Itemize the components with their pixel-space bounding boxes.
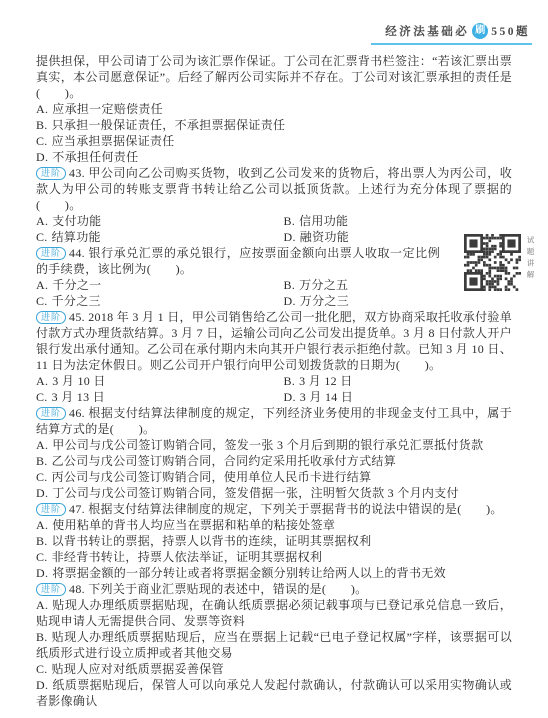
question-stem-text: 根据支付结算法律制度的规定，下列关于票据背书的说法中错误的是( )。: [88, 502, 503, 516]
option-list: A.千分之一B.万分之五C.千分之三D.万分之三: [36, 277, 512, 309]
option-d: D.纸质票据贴现后，保管人可以向承兑人发起付款确认，付款确认可以采用实物确认或者…: [36, 677, 512, 709]
option-text: 丙公司与戊公司签订购销合同，使用单位人民币卡进行结算: [52, 470, 372, 484]
option-label: B.: [36, 534, 48, 548]
option-text: 应承担一定赔偿责任: [52, 102, 163, 116]
option-label: A.: [36, 598, 48, 612]
option-d: D.不承担任何责任: [36, 149, 512, 165]
question-block: 进阶46. 根据支付结算法律制度的规定，下列经济业务使用的非现金支付工具中，属于…: [36, 405, 512, 501]
option-c: C.结算功能: [36, 229, 284, 245]
option-label: D.: [284, 294, 296, 308]
option-c: C.3 月 13 日: [36, 389, 284, 405]
option-text: 万分之三: [300, 294, 349, 308]
option-text: 不承担任何责任: [52, 150, 138, 164]
qr-caption: 试题讲解: [525, 234, 536, 282]
question-number: 47.: [69, 502, 85, 516]
question-block: 进阶45. 2018 年 3 月 1 日，甲公司销售给乙公司一批化肥，双方协商采…: [36, 309, 512, 405]
option-text: 3 月 14 日: [300, 390, 353, 404]
option-label: C.: [36, 550, 48, 564]
option-text: 丁公司与戊公司签订购销合同，签发借据一张，注明暂欠货款 3 个月内支付: [52, 486, 459, 500]
option-d: D.3 月 14 日: [284, 389, 512, 405]
question-block: 进阶43. 甲公司向乙公司购买货物，收到乙公司发来的货物后，将出票人为丙公司，收…: [36, 165, 512, 245]
option-list: A.使用粘单的背书人均应当在票据和粘单的粘接处签章B.以背书转让的票据，持票人以…: [36, 517, 512, 581]
question-stem-text: 提供担保，甲公司请丁公司为该汇票作保证。丁公司在汇票背书栏签注：“若该汇票出票真…: [36, 54, 512, 100]
option-text: 应当承担票据保证责任: [52, 134, 175, 148]
option-label: A.: [36, 518, 48, 532]
option-label: A.: [36, 374, 48, 388]
option-label: B.: [284, 214, 296, 228]
brush-logo-icon: 刷: [472, 23, 488, 39]
question-stem-text: 根据支付结算法律制度的规定，下列经济业务使用的非现金支付工具中，属于结算方式的是…: [36, 406, 512, 436]
option-label: D.: [36, 150, 48, 164]
question-block: 进阶47. 根据支付结算法律制度的规定，下列关于票据背书的说法中错误的是( )。…: [36, 501, 512, 581]
option-a: A.甲公司与戊公司签订购销合同，签发一张 3 个月后到期的银行承兑汇票抵付货款: [36, 437, 512, 453]
question-block: 提供担保，甲公司请丁公司为该汇票作保证。丁公司在汇票背书栏签注：“若该汇票出票真…: [36, 53, 512, 165]
question-stem-text: 银行承兑汇票的承兑银行，应按票面金额向出票人收取一定比例的手续费，该比例为( )…: [36, 246, 440, 276]
option-label: C.: [36, 662, 48, 676]
option-d: D.万分之三: [284, 293, 512, 309]
qr-code-image: [464, 234, 521, 291]
question-number: 48.: [69, 582, 85, 596]
option-list: A.3 月 10 日B.3 月 12 日C.3 月 13 日D.3 月 14 日: [36, 373, 512, 405]
option-label: D.: [284, 390, 296, 404]
option-text: 融资功能: [300, 230, 349, 244]
option-b: B.乙公司与戊公司签订购销合同，合同约定采用托收承付方式结算: [36, 453, 512, 469]
option-label: D.: [36, 678, 48, 692]
option-text: 纸质票据贴现后，保管人可以向承兑人发起付款确认，付款确认可以采用实物确认或者影像…: [36, 678, 512, 708]
question-stem-row: 进阶45. 2018 年 3 月 1 日，甲公司销售给乙公司一批化肥，双方协商采…: [36, 309, 512, 373]
option-a: A.贴现人办理纸质票据贴现，在确认纸质票据必须记载事项与已登记承兑信息一致后，贴…: [36, 597, 512, 629]
option-b: B.3 月 12 日: [284, 373, 512, 389]
option-text: 3 月 10 日: [52, 374, 105, 388]
option-b: B.只承担一般保证责任，不承担票据保证责任: [36, 117, 512, 133]
question-stem-text: 下列关于商业汇票贴现的表述中，错误的是( )。: [88, 582, 367, 596]
option-label: B.: [284, 278, 296, 292]
option-text: 非经背书转让，持票人依法举证，证明其票据权利: [52, 550, 323, 564]
question-stem-row: 进阶46. 根据支付结算法律制度的规定，下列经济业务使用的非现金支付工具中，属于…: [36, 405, 512, 437]
option-c: C.千分之三: [36, 293, 284, 309]
option-text: 只承担一般保证责任，不承担票据保证责任: [52, 118, 286, 132]
option-label: A.: [36, 214, 48, 228]
option-list: A.贴现人办理纸质票据贴现，在确认纸质票据必须记载事项与已登记承兑信息一致后，贴…: [36, 597, 512, 709]
advanced-badge: 进阶: [36, 167, 66, 180]
question-block: 进阶44. 银行承兑汇票的承兑银行，应按票面金额向出票人收取一定比例的手续费，该…: [36, 245, 512, 309]
option-c: C.应当承担票据保证责任: [36, 133, 512, 149]
question-block: 进阶48. 下列关于商业汇票贴现的表述中，错误的是( )。 A.贴现人办理纸质票…: [36, 581, 512, 709]
option-text: 千分之一: [52, 278, 101, 292]
option-label: A.: [36, 102, 48, 116]
option-text: 贴现人办理纸质票据贴现，在确认纸质票据必须记载事项与已登记承兑信息一致后，贴现申…: [36, 598, 512, 628]
running-head: 经济法基础必 刷 550题: [371, 23, 532, 45]
question-stem-text: 2018 年 3 月 1 日，甲公司销售给乙公司一批化肥，双方协商采取托收承付验…: [36, 310, 512, 372]
qr-block: 试题讲解: [464, 234, 536, 291]
option-text: 乙公司与戊公司签订购销合同，合同约定采用托收承付方式结算: [52, 454, 396, 468]
option-label: A.: [36, 438, 48, 452]
advanced-badge: 进阶: [36, 407, 66, 420]
option-a: A.应承担一定赔偿责任: [36, 101, 512, 117]
option-label: B.: [284, 374, 296, 388]
option-list: A.应承担一定赔偿责任B.只承担一般保证责任，不承担票据保证责任C.应当承担票据…: [36, 101, 512, 165]
question-list: 提供担保，甲公司请丁公司为该汇票作保证。丁公司在汇票背书栏签注：“若该汇票出票真…: [0, 45, 548, 709]
option-label: B.: [36, 454, 48, 468]
option-c: C.贴现人应对对纸质票据妥善保管: [36, 661, 512, 677]
option-text: 将票据金额的一部分转让或者将票据金额分别转让给两人以上的背书无效: [52, 566, 446, 580]
option-list: A.支付功能B.信用功能C.结算功能D.融资功能: [36, 213, 512, 245]
option-text: 甲公司与戊公司签订购销合同，签发一张 3 个月后到期的银行承兑汇票抵付货款: [52, 438, 483, 452]
book-title-prefix: 经济法基础必: [385, 23, 469, 39]
question-stem-text: 甲公司向乙公司购买货物，收到乙公司发来的货物后，将出票人为丙公司，收款人为甲公司…: [36, 166, 512, 212]
option-label: D.: [36, 566, 48, 580]
option-a: A.千分之一: [36, 277, 284, 293]
question-stem-row: 进阶44. 银行承兑汇票的承兑银行，应按票面金额向出票人收取一定比例的手续费，该…: [36, 245, 440, 277]
option-b: B.信用功能: [284, 213, 512, 229]
option-d: D.将票据金额的一部分转让或者将票据金额分别转让给两人以上的背书无效: [36, 565, 512, 581]
option-a: A.支付功能: [36, 213, 284, 229]
option-b: B.以背书转让的票据，持票人以背书的连续，证明其票据权利: [36, 533, 512, 549]
option-text: 贴现人办理纸质票据贴现后，应当在票据上记载“已电子登记权属”字样，该票据可以纸质…: [36, 630, 512, 660]
question-number: 43.: [69, 166, 85, 180]
option-text: 3 月 13 日: [52, 390, 105, 404]
option-label: C.: [36, 230, 48, 244]
option-label: D.: [284, 230, 296, 244]
question-stem-row: 进阶47. 根据支付结算法律制度的规定，下列关于票据背书的说法中错误的是( )。: [36, 501, 512, 517]
advanced-badge: 进阶: [36, 583, 66, 596]
option-text: 以背书转让的票据，持票人以背书的连续，证明其票据权利: [52, 534, 372, 548]
option-text: 使用粘单的背书人均应当在票据和粘单的粘接处签章: [52, 518, 335, 532]
book-title-suffix: 550题: [491, 23, 530, 39]
question-number: 45.: [69, 310, 85, 324]
option-a: A.3 月 10 日: [36, 373, 284, 389]
option-text: 贴现人应对对纸质票据妥善保管: [52, 662, 224, 676]
option-label: A.: [36, 278, 48, 292]
option-text: 万分之五: [299, 278, 348, 292]
option-label: B.: [36, 630, 48, 644]
option-a: A.使用粘单的背书人均应当在票据和粘单的粘接处签章: [36, 517, 512, 533]
option-d: D.丁公司与戊公司签订购销合同，签发借据一张，注明暂欠货款 3 个月内支付: [36, 485, 512, 501]
option-label: B.: [36, 118, 48, 132]
question-stem-row: 进阶43. 甲公司向乙公司购买货物，收到乙公司发来的货物后，将出票人为丙公司，收…: [36, 165, 512, 213]
option-b: B.贴现人办理纸质票据贴现后，应当在票据上记载“已电子登记权属”字样，该票据可以…: [36, 629, 512, 661]
question-number: 46.: [69, 406, 85, 420]
option-label: C.: [36, 134, 48, 148]
advanced-badge: 进阶: [36, 247, 66, 260]
option-c: C.丙公司与戊公司签订购销合同，使用单位人民币卡进行结算: [36, 469, 512, 485]
advanced-badge: 进阶: [36, 311, 66, 324]
option-text: 支付功能: [52, 214, 101, 228]
option-text: 3 月 12 日: [299, 374, 352, 388]
question-number: 44.: [69, 246, 85, 260]
option-label: D.: [36, 486, 48, 500]
option-label: C.: [36, 294, 48, 308]
option-text: 信用功能: [299, 214, 348, 228]
option-label: C.: [36, 390, 48, 404]
question-stem-row: 提供担保，甲公司请丁公司为该汇票作保证。丁公司在汇票背书栏签注：“若该汇票出票真…: [36, 53, 512, 101]
option-text: 千分之三: [52, 294, 101, 308]
option-c: C.非经背书转让，持票人依法举证，证明其票据权利: [36, 549, 512, 565]
option-text: 结算功能: [52, 230, 101, 244]
page-header: 经济法基础必 刷 550题: [0, 0, 548, 45]
question-stem-row: 进阶48. 下列关于商业汇票贴现的表述中，错误的是( )。: [36, 581, 512, 597]
option-list: A.甲公司与戊公司签订购销合同，签发一张 3 个月后到期的银行承兑汇票抵付货款B…: [36, 437, 512, 501]
option-label: C.: [36, 470, 48, 484]
advanced-badge: 进阶: [36, 503, 66, 516]
